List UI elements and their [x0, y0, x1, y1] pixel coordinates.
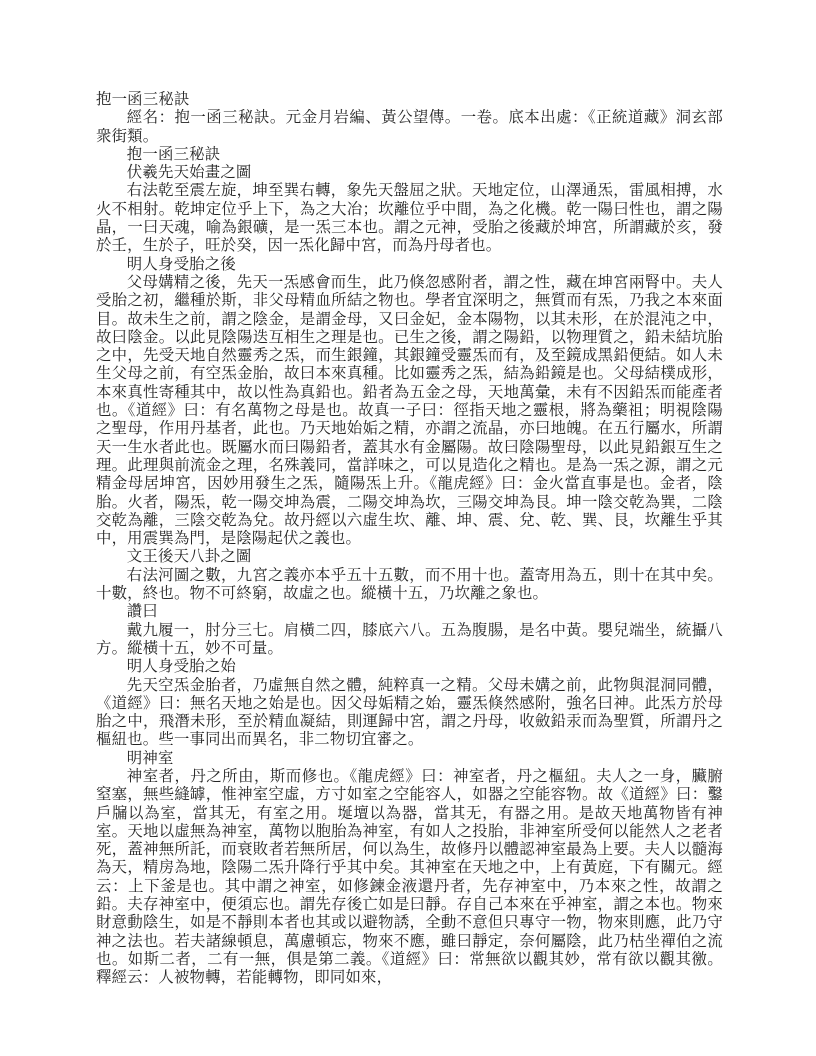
section-heading: 抱一函三秘訣 — [96, 146, 723, 164]
section-heading: 明人身受胎之後 — [96, 256, 723, 274]
section-heading: 明人身受胎之始 — [96, 658, 723, 676]
section-heading: 明神室 — [96, 750, 723, 768]
document-page: 抱一函三秘訣經名：抱一函三秘訣。元金月岩編、黃公望傳。一卷。底本出處：《正統道藏… — [0, 0, 816, 1056]
section-heading: 讚曰 — [96, 603, 723, 621]
paragraph: 右法乾至震左旋，坤至巽右轉，象先天盤屈之狀。天地定位，山澤通炁，雷風相搏，水火不… — [96, 182, 723, 255]
section-heading: 文王後天八卦之圖 — [96, 548, 723, 566]
paragraph: 經名：抱一函三秘訣。元金月岩編、黃公望傳。一卷。底本出處：《正統道藏》洞玄部衆街… — [96, 109, 723, 146]
section-heading: 伏羲先天始畫之圖 — [96, 164, 723, 182]
paragraph: 戴九履一，肘分三七。肩橫二四，膝底六八。五為腹腸，是名中黃。嬰兒端坐，統攝八方。… — [96, 622, 723, 659]
document-body: 抱一函三秘訣經名：抱一函三秘訣。元金月岩編、黃公望傳。一卷。底本出處：《正統道藏… — [96, 91, 723, 988]
paragraph: 先天空炁金胎者，乃虛無自然之體，純粹真一之精。父母未媾之前，此物與混洞同體，《道… — [96, 677, 723, 750]
paragraph: 神室者，丹之所由，斯而修也。《龍虎經》曰：神室者，丹之樞紐。夫人之一身，臟腑窒塞… — [96, 768, 723, 988]
paragraph: 右法河圖之數，九宮之義亦本乎五十五數，而不用十也。蓋寄用為五，則十在其中矣。十數… — [96, 567, 723, 604]
document-title: 抱一函三秘訣 — [96, 91, 723, 109]
paragraph: 父母媾精之後，先天一炁感會而生，此乃倏忽感附者，謂之性，藏在坤宮兩腎中。夫人受胎… — [96, 274, 723, 548]
